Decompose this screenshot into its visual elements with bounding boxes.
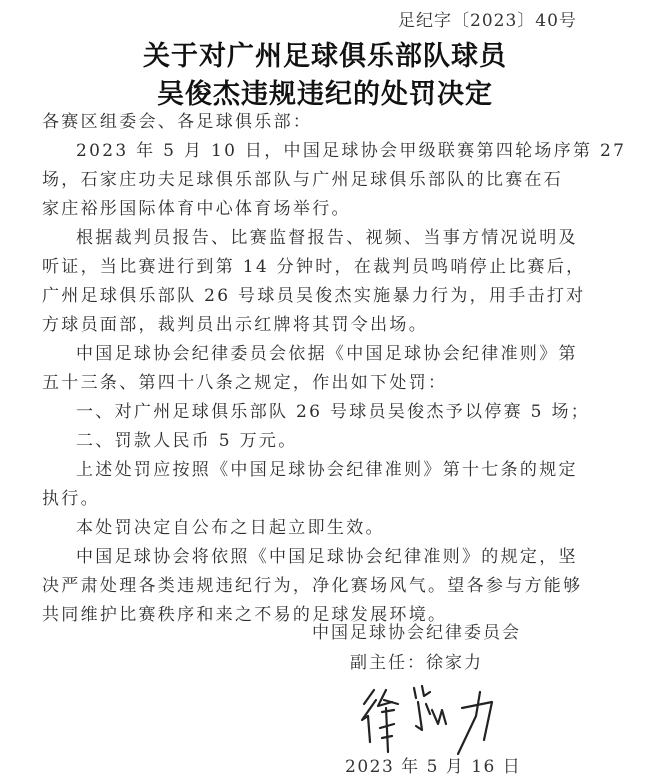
body-line: 本处罚决定自公布之日起立即生效。 bbox=[42, 514, 602, 543]
body-line: 中国足球协会纪律委员会依据《中国足球协会纪律准则》第 bbox=[42, 340, 602, 369]
body-line: 中国足球协会将依照《中国足球协会纪律准则》的规定，坚 bbox=[42, 543, 602, 572]
document-body: 各赛区组委会、各足球俱乐部： 2023 年 5 月 10 日，中国足球协会甲级联… bbox=[42, 108, 602, 630]
issue-date: 2023 年 5 月 16 日 bbox=[345, 752, 521, 777]
penalty-item-2: 二、罚款人民币 5 万元。 bbox=[42, 427, 602, 456]
body-line: 家庄裕彤国际体育中心体育场举行。 bbox=[42, 195, 602, 224]
body-line: 执行。 bbox=[42, 485, 602, 514]
signer-title: 副主任：徐家力 bbox=[350, 648, 483, 673]
document-title-line-2: 吴俊杰违规违纪的处罚决定 bbox=[0, 72, 650, 111]
body-line: 听证，当比赛进行到第 14 分钟时，在裁判员鸣哨停止比赛后， bbox=[42, 253, 602, 282]
body-line: 决严肃处理各类违规违纪行为，净化赛场风气。望各参与方能够 bbox=[42, 572, 602, 601]
body-line: 根据裁判员报告、比赛监督报告、视频、当事方情况说明及 bbox=[42, 224, 602, 253]
handwritten-signature-icon bbox=[352, 680, 512, 760]
body-line: 2023 年 5 月 10 日，中国足球协会甲级联赛第四轮场序第 27 bbox=[42, 137, 602, 166]
body-line: 上述处罚应按照《中国足球协会纪律准则》第十七条的规定 bbox=[42, 456, 602, 485]
document-title-line-1: 关于对广州足球俱乐部队球员 bbox=[0, 34, 650, 73]
issuing-organization: 中国足球协会纪律委员会 bbox=[312, 618, 521, 643]
body-line: 方球员面部，裁判员出示红牌将其罚令出场。 bbox=[42, 311, 602, 340]
body-line: 广州足球俱乐部队 26 号球员吴俊杰实施暴力行为，用手击打对 bbox=[42, 282, 602, 311]
document-number: 足纪字〔2023〕40号 bbox=[398, 6, 577, 31]
body-line: 各赛区组委会、各足球俱乐部： bbox=[42, 108, 602, 137]
penalty-item-1: 一、对广州足球俱乐部队 26 号球员吴俊杰予以停赛 5 场； bbox=[42, 398, 602, 427]
body-line: 场，石家庄功夫足球俱乐部队与广州足球俱乐部队的比赛在石 bbox=[42, 166, 602, 195]
body-line: 五十三条、第四十八条之规定，作出如下处罚： bbox=[42, 369, 602, 398]
